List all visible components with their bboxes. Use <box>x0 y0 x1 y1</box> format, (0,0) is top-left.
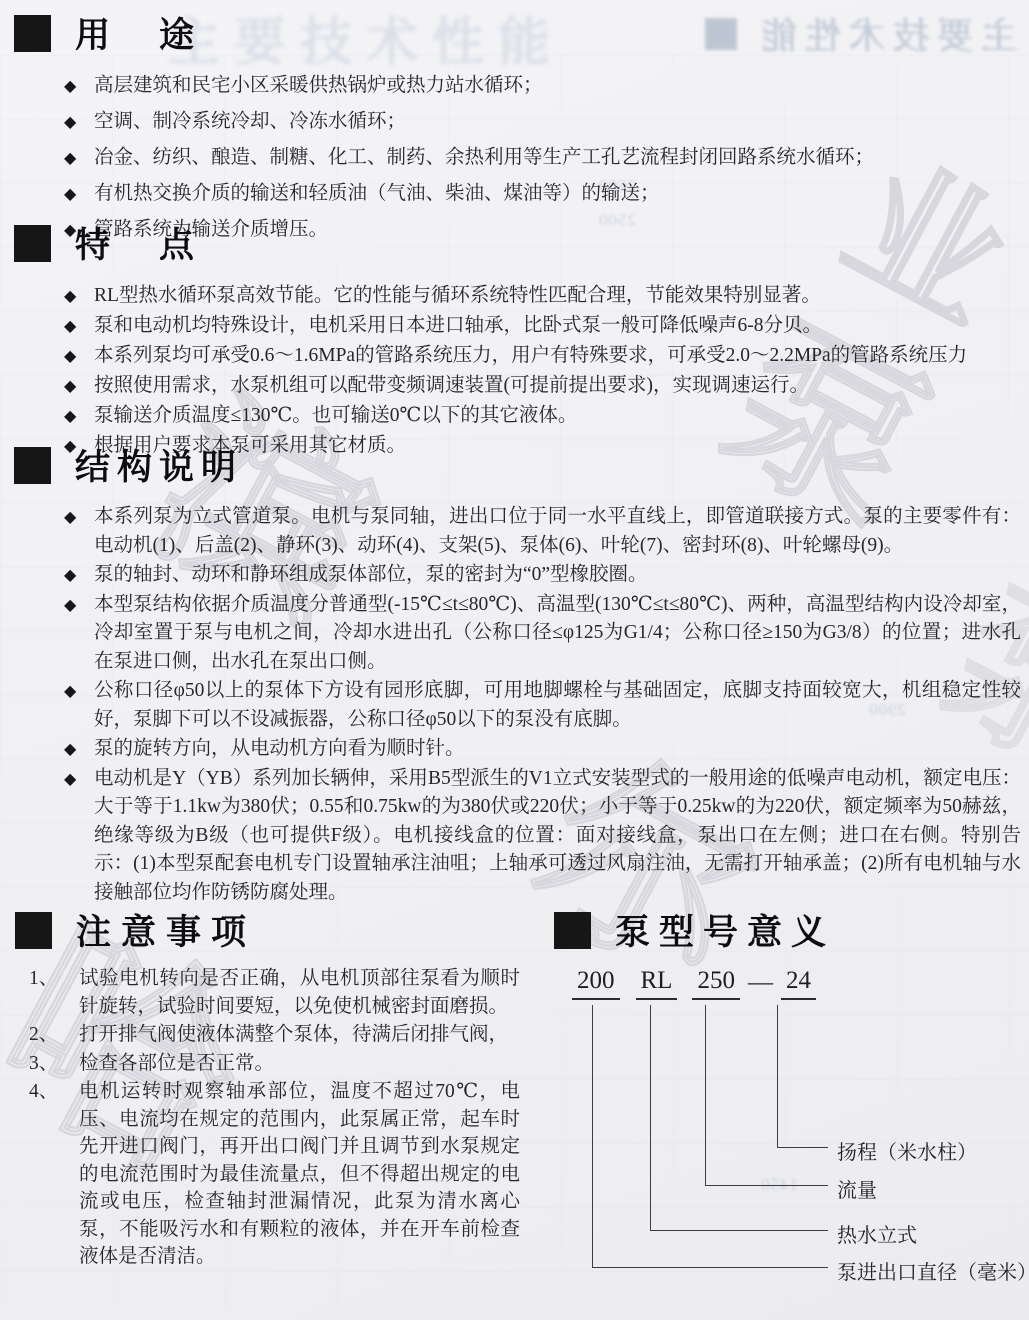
section-structure: 结构说明 ◆本系列泵为立式管道泵。电机与泵同轴，进出口位于同一水平直线上，即管道… <box>14 440 1021 908</box>
section-structure-heading: 结构说明 <box>14 440 1021 490</box>
list-item: ◆有机热交换介质的输送和轻质油（气油、柴油、煤油等）的输送； <box>64 179 1019 208</box>
model-series-value: RL <box>636 967 678 1000</box>
diamond-bullet-icon: ◆ <box>64 561 76 590</box>
list-item: ◆空调、制冷系统冷却、冷冻水循环； <box>64 107 1019 136</box>
diamond-bullet-icon: ◆ <box>64 735 76 764</box>
section-title: 注意事项 <box>76 905 256 955</box>
legend-diameter: 泵进出口直径（毫米） <box>837 1256 1029 1285</box>
section-title: 用 途 <box>75 8 201 58</box>
list-item: ◆本系列泵为立式管道泵。电机与泵同轴，进出口位于同一水平直线上，即管道联接方式。… <box>64 503 1021 560</box>
list-item-text: 冶金、纺织、酿造、制糖、化工、制药、余热利用等生产工孔艺流程封闭回路系统水循环； <box>94 147 874 168</box>
list-item: ◆泵输送介质温度≤130℃。也可输送0℃以下的其它液体。 <box>64 401 1023 431</box>
section-model-meaning: 泵型号意义 200 RL 250 — 24 扬程（米水柱） 流量 热水立式 泵进… <box>532 905 1029 1317</box>
note-text: 检查各部位是否正常。 <box>79 1053 274 1074</box>
diamond-bullet-icon: ◆ <box>64 371 76 401</box>
section-title: 特 点 <box>75 218 201 268</box>
section-title: 结构说明 <box>75 440 243 490</box>
list-item: ◆泵的旋转方向，从电动机方向看为顺时针。 <box>64 735 1021 764</box>
diamond-bullet-icon: ◆ <box>64 71 76 100</box>
diamond-bullet-icon: ◆ <box>64 503 76 532</box>
structure-list: ◆本系列泵为立式管道泵。电机与泵同轴，进出口位于同一水平直线上，即管道联接方式。… <box>14 503 1021 907</box>
model-flow-value: 250 <box>692 967 740 1000</box>
note-number: 4、 <box>29 1078 58 1106</box>
heading-square-icon <box>14 15 51 52</box>
diamond-bullet-icon: ◆ <box>64 401 76 431</box>
heading-square-icon <box>14 447 51 484</box>
section-features: 特 点 ◆RL型热水循环泵高效节能。它的性能与循环系统特性匹配合理，节能效果特别… <box>14 218 1023 461</box>
catalog-page: { "icons": { "bullet": "◆" }, "watermark… <box>0 0 1029 1320</box>
diamond-bullet-icon: ◆ <box>64 765 76 794</box>
list-item-text: 泵输送介质温度≤130℃。也可输送0℃以下的其它液体。 <box>94 405 577 426</box>
legend-flow: 流量 <box>837 1174 877 1203</box>
list-item: ◆电动机是Y（YB）系列加长辆伸，采用B5型派生的V1立式安装型式的一般用途的低… <box>64 765 1021 908</box>
diamond-bullet-icon: ◆ <box>64 281 76 311</box>
note-item: 2、打开排气阀使液体满整个泵体，待满后闭排气阀， <box>29 1021 520 1049</box>
diamond-bullet-icon: ◆ <box>64 591 76 620</box>
diamond-bullet-icon: ◆ <box>64 107 76 136</box>
notes-list: 1、试验电机转向是否正确，从电机顶部往泵看为顺时针旋转，试验时间要短，以免使机械… <box>15 965 520 1271</box>
list-item-text: 高层建筑和民宅小区采暖供热锅炉或热力站水循环； <box>94 75 543 96</box>
section-notes-heading: 注意事项 <box>15 905 520 955</box>
section-notes: 注意事项 1、试验电机转向是否正确，从电机顶部往泵看为顺时针旋转，试验时间要短，… <box>15 905 520 1272</box>
model-diameter-value: 200 <box>572 967 620 1000</box>
list-item: ◆泵的轴封、动环和静环组成泵体部位，泵的密封为“0”型橡胶圈。 <box>64 561 1021 590</box>
note-item: 3、检查各部位是否正常。 <box>29 1050 520 1078</box>
list-item: ◆高层建筑和民宅小区采暖供热锅炉或热力站水循环； <box>64 71 1019 100</box>
list-item-text: 电动机是Y（YB）系列加长辆伸，采用B5型派生的V1立式安装型式的一般用途的低噪… <box>94 768 1021 903</box>
list-item: ◆公称口径φ50以上的泵体下方设有园形底脚，可用地脚螺栓与基础固定，底脚支持面较… <box>64 677 1021 734</box>
section-model-heading: 泵型号意义 <box>532 905 1029 955</box>
note-number: 2、 <box>29 1021 58 1049</box>
list-item-text: 公称口径φ50以上的泵体下方设有园形底脚，可用地脚螺栓与基础固定，底脚支持面较宽… <box>94 680 1021 730</box>
note-text: 试验电机转向是否正确，从电机顶部往泵看为顺时针旋转，试验时间要短，以免使机械密封… <box>79 968 520 1017</box>
heading-square-icon <box>554 912 591 949</box>
note-text: 电机运转时观察轴承部位，温度不超过70℃，电压、电流均在规定的范围内，此泵属正常… <box>79 1081 520 1267</box>
list-item-text: 泵的旋转方向，从电动机方向看为顺时针。 <box>94 738 465 759</box>
section-usage-heading: 用 途 <box>14 8 1019 58</box>
list-item: ◆本系列泵均可承受0.6～1.6MPa的管路系统压力，用户有特殊要求，可承受2.… <box>64 341 1023 371</box>
diamond-bullet-icon: ◆ <box>64 677 76 706</box>
list-item-text: RL型热水循环泵高效节能。它的性能与循环系统特性匹配合理，节能效果特别显著。 <box>94 285 821 306</box>
list-item-text: 本系列泵均可承受0.6～1.6MPa的管路系统压力，用户有特殊要求，可承受2.0… <box>94 345 967 366</box>
legend-series: 热水立式 <box>837 1219 917 1248</box>
list-item-text: 按照使用需求，水泵机组可以配带变频调速装置(可提前提出要求)，实现调速运行。 <box>94 375 809 396</box>
list-item-text: 本型泵结构依据介质温度分普通型(-15℃≤t≤80℃)、高温型(130℃≤t≤8… <box>94 594 1021 672</box>
diamond-bullet-icon: ◆ <box>64 311 76 341</box>
pump-model-code: 200 RL 250 — 24 <box>572 967 816 1000</box>
list-item: ◆RL型热水循环泵高效节能。它的性能与循环系统特性匹配合理，节能效果特别显著。 <box>64 281 1023 311</box>
list-item-text: 有机热交换介质的输送和轻质油（气油、柴油、煤油等）的输送； <box>94 183 660 204</box>
section-title: 泵型号意义 <box>615 905 835 955</box>
note-item: 1、试验电机转向是否正确，从电机顶部往泵看为顺时针旋转，试验时间要短，以免使机械… <box>29 965 520 1020</box>
list-item: ◆泵和电动机均特殊设计，电机采用日本进口轴承，比卧式泵一般可降低噪声6-8分贝。 <box>64 311 1023 341</box>
note-item: 4、电机运转时观察轴承部位，温度不超过70℃，电压、电流均在规定的范围内，此泵属… <box>29 1078 520 1271</box>
section-usage: 用 途 ◆高层建筑和民宅小区采暖供热锅炉或热力站水循环； ◆空调、制冷系统冷却、… <box>14 8 1019 251</box>
list-item: ◆按照使用需求，水泵机组可以配带变频调速装置(可提前提出要求)，实现调速运行。 <box>64 371 1023 401</box>
note-number: 3、 <box>29 1050 58 1078</box>
legend-head: 扬程（米水柱） <box>837 1136 977 1165</box>
connector-line-diameter <box>592 1005 828 1268</box>
heading-square-icon <box>14 225 51 262</box>
list-item: ◆本型泵结构依据介质温度分普通型(-15℃≤t≤80℃)、高温型(130℃≤t≤… <box>64 591 1021 677</box>
diamond-bullet-icon: ◆ <box>64 179 76 208</box>
list-item-text: 本系列泵为立式管道泵。电机与泵同轴，进出口位于同一水平直线上，即管道联接方式。泵… <box>94 506 1021 556</box>
features-list: ◆RL型热水循环泵高效节能。它的性能与循环系统特性匹配合理，节能效果特别显著。 … <box>14 281 1023 461</box>
model-head-value: 24 <box>781 967 816 1000</box>
note-text: 打开排气阀使液体满整个泵体，待满后闭排气阀， <box>79 1024 508 1045</box>
model-separator: — <box>746 969 775 1000</box>
diamond-bullet-icon: ◆ <box>64 341 76 371</box>
heading-square-icon <box>15 912 52 949</box>
diamond-bullet-icon: ◆ <box>64 143 76 172</box>
note-number: 1、 <box>29 965 58 993</box>
list-item-text: 泵和电动机均特殊设计，电机采用日本进口轴承，比卧式泵一般可降低噪声6-8分贝。 <box>94 315 822 336</box>
list-item-text: 空调、制冷系统冷却、冷冻水循环； <box>94 111 406 132</box>
list-item: ◆冶金、纺织、酿造、制糖、化工、制药、余热利用等生产工孔艺流程封闭回路系统水循环… <box>64 143 1019 172</box>
list-item-text: 泵的轴封、动环和静环组成泵体部位，泵的密封为“0”型橡胶圈。 <box>94 564 648 585</box>
section-features-heading: 特 点 <box>14 218 1023 268</box>
